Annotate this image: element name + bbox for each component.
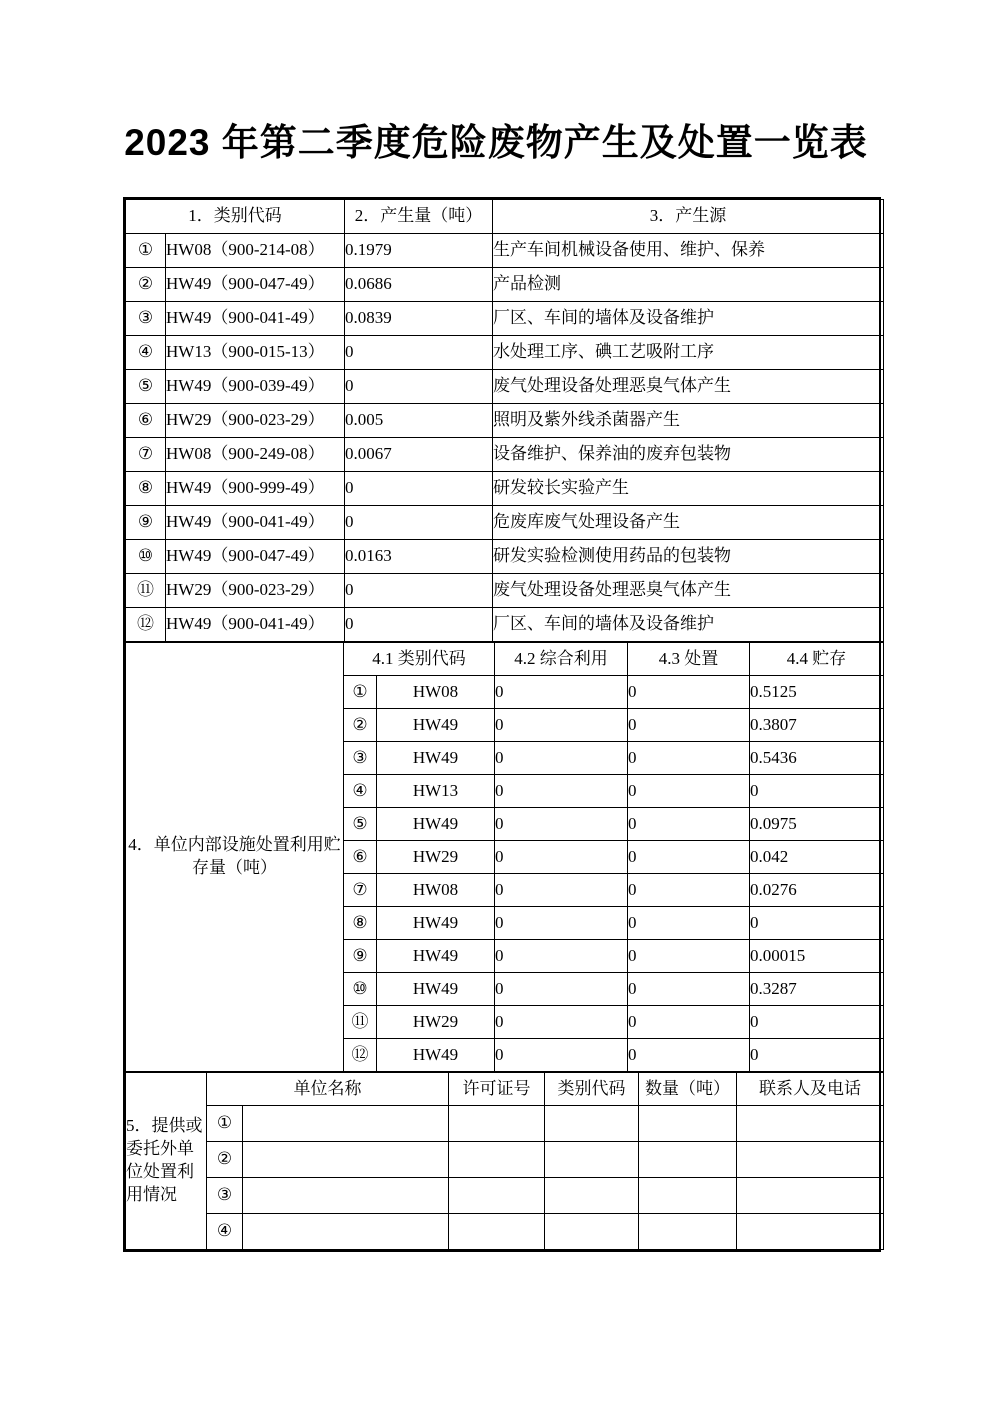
- storage-amount: 0.00015: [750, 940, 884, 973]
- permit-no-cell: [449, 1106, 545, 1142]
- waste-category-code: HW29: [377, 841, 495, 874]
- disposal-amount: 0: [628, 676, 750, 709]
- row-number: ⑦: [126, 438, 166, 472]
- row-number: ①: [207, 1106, 243, 1142]
- table-row: ③HW49（900-041-49）0.0839厂区、车间的墙体及设备维护: [126, 302, 884, 336]
- waste-category-code: HW49: [377, 709, 495, 742]
- row-number: ⑨: [126, 506, 166, 540]
- generated-amount: 0: [345, 608, 493, 642]
- row-number: ⑪: [344, 1006, 377, 1039]
- internal-header-row: 4．单位内部设施处置利用贮存量（吨） 4.1 类别代码 4.2 综合利用 4.3…: [126, 643, 884, 676]
- waste-category-code: HW49（900-047-49）: [166, 268, 345, 302]
- utilization-amount: 0: [495, 874, 628, 907]
- generated-amount: 0.1979: [345, 234, 493, 268]
- generated-amount: 0: [345, 370, 493, 404]
- unit-name-cell: [243, 1142, 449, 1178]
- contact-cell: [737, 1142, 884, 1178]
- page-title: 2023 年第二季度危险废物产生及处置一览表: [0, 112, 992, 166]
- generation-source: 生产车间机械设备使用、维护、保养: [493, 234, 884, 268]
- permit-no-cell: [449, 1178, 545, 1214]
- contact-cell: [737, 1214, 884, 1250]
- waste-category-code: HW49（900-041-49）: [166, 506, 345, 540]
- category-code-cell: [545, 1106, 639, 1142]
- table-row: ⑧HW49（900-999-49）0研发较长实验产生: [126, 472, 884, 506]
- storage-amount: 0.0975: [750, 808, 884, 841]
- storage-amount: 0.042: [750, 841, 884, 874]
- storage-amount: 0: [750, 907, 884, 940]
- waste-category-code: HW29（900-023-29）: [166, 574, 345, 608]
- permit-no-cell: [449, 1142, 545, 1178]
- utilization-amount: 0: [495, 841, 628, 874]
- generation-source: 水处理工序、碘工艺吸附工序: [493, 336, 884, 370]
- generated-amount: 0: [345, 574, 493, 608]
- row-number: ⑩: [126, 540, 166, 574]
- waste-category-code: HW49（900-039-49）: [166, 370, 345, 404]
- generation-table: 1．类别代码 2．产生量（吨） 3．产生源 ①HW08（900-214-08）0…: [125, 199, 884, 642]
- storage-amount: 0.0276: [750, 874, 884, 907]
- row-number: ⑩: [344, 973, 377, 1006]
- disposal-amount: 0: [628, 973, 750, 1006]
- utilization-amount: 0: [495, 808, 628, 841]
- generated-amount: 0: [345, 336, 493, 370]
- header-amount: 2．产生量（吨）: [345, 200, 493, 234]
- table-row: ③: [126, 1178, 884, 1214]
- contact-cell: [737, 1178, 884, 1214]
- quantity-cell: [639, 1214, 737, 1250]
- utilization-amount: 0: [495, 709, 628, 742]
- table-row: ②: [126, 1142, 884, 1178]
- header-permit-no: 许可证号: [449, 1073, 545, 1106]
- storage-amount: 0.3807: [750, 709, 884, 742]
- row-number: ⑥: [344, 841, 377, 874]
- unit-name-cell: [243, 1214, 449, 1250]
- waste-category-code: HW29（900-023-29）: [166, 404, 345, 438]
- generation-source: 研发实验检测使用药品的包装物: [493, 540, 884, 574]
- header-category-code: 1．类别代码: [126, 200, 345, 234]
- waste-category-code: HW08（900-249-08）: [166, 438, 345, 472]
- row-number: ⑤: [126, 370, 166, 404]
- waste-category-code: HW29: [377, 1006, 495, 1039]
- generation-source: 废气处理设备处理恶臭气体产生: [493, 370, 884, 404]
- disposal-amount: 0: [628, 1006, 750, 1039]
- waste-category-code: HW49: [377, 808, 495, 841]
- waste-category-code: HW49（900-047-49）: [166, 540, 345, 574]
- table-row: ④: [126, 1214, 884, 1250]
- utilization-amount: 0: [495, 1006, 628, 1039]
- disposal-amount: 0: [628, 907, 750, 940]
- header-43-disposal: 4.3 处置: [628, 643, 750, 676]
- generated-amount: 0.0686: [345, 268, 493, 302]
- unit-name-cell: [243, 1178, 449, 1214]
- waste-category-code: HW49: [377, 742, 495, 775]
- header-category-code-5: 类别代码: [545, 1073, 639, 1106]
- waste-category-code: HW49（900-041-49）: [166, 302, 345, 336]
- external-header-row: 5．提供或委托外单位处置利用情况 单位名称 许可证号 类别代码 数量（吨） 联系…: [126, 1073, 884, 1106]
- row-number: ⑧: [344, 907, 377, 940]
- table-row: ⑫HW49（900-041-49）0厂区、车间的墙体及设备维护: [126, 608, 884, 642]
- waste-category-code: HW08: [377, 676, 495, 709]
- waste-category-code: HW49: [377, 940, 495, 973]
- table-row: ⑨HW49（900-041-49）0危废库废气处理设备产生: [126, 506, 884, 540]
- waste-category-code: HW49（900-999-49）: [166, 472, 345, 506]
- generation-source: 厂区、车间的墙体及设备维护: [493, 302, 884, 336]
- utilization-amount: 0: [495, 973, 628, 1006]
- header-41-category-code: 4.1 类别代码: [344, 643, 495, 676]
- row-number: ①: [126, 234, 166, 268]
- row-number: ④: [126, 336, 166, 370]
- waste-category-code: HW49: [377, 1039, 495, 1072]
- quantity-cell: [639, 1106, 737, 1142]
- generated-amount: 0.0163: [345, 540, 493, 574]
- storage-amount: 0: [750, 1039, 884, 1072]
- header-42-utilization: 4.2 综合利用: [495, 643, 628, 676]
- generation-source: 设备维护、保养油的废弃包装物: [493, 438, 884, 472]
- storage-amount: 0: [750, 775, 884, 808]
- internal-section-label: 4．单位内部设施处置利用贮存量（吨）: [126, 643, 344, 1072]
- row-number: ⑪: [126, 574, 166, 608]
- row-number: ②: [344, 709, 377, 742]
- waste-category-code: HW13（900-015-13）: [166, 336, 345, 370]
- category-code-cell: [545, 1142, 639, 1178]
- document-page: 2023 年第二季度危险废物产生及处置一览表 1．类别代码 2．产生量（吨） 3…: [0, 0, 992, 1403]
- header-quantity: 数量（吨）: [639, 1073, 737, 1106]
- header-44-storage: 4.4 贮存: [750, 643, 884, 676]
- table-row: ⑩HW49（900-047-49）0.0163研发实验检测使用药品的包装物: [126, 540, 884, 574]
- utilization-amount: 0: [495, 1039, 628, 1072]
- generation-source: 废气处理设备处理恶臭气体产生: [493, 574, 884, 608]
- waste-category-code: HW08（900-214-08）: [166, 234, 345, 268]
- table-row: ⑦HW08（900-249-08）0.0067设备维护、保养油的废弃包装物: [126, 438, 884, 472]
- generation-source: 照明及紫外线杀菌器产生: [493, 404, 884, 438]
- generated-amount: 0.0839: [345, 302, 493, 336]
- disposal-amount: 0: [628, 709, 750, 742]
- generation-source: 研发较长实验产生: [493, 472, 884, 506]
- hazardous-waste-table: 1．类别代码 2．产生量（吨） 3．产生源 ①HW08（900-214-08）0…: [123, 197, 881, 1252]
- category-code-cell: [545, 1214, 639, 1250]
- external-section-label: 5．提供或委托外单位处置利用情况: [126, 1073, 207, 1250]
- waste-category-code: HW49（900-041-49）: [166, 608, 345, 642]
- row-number: ③: [207, 1178, 243, 1214]
- disposal-amount: 0: [628, 775, 750, 808]
- row-number: ⑧: [126, 472, 166, 506]
- row-number: ⑨: [344, 940, 377, 973]
- generation-source: 产品检测: [493, 268, 884, 302]
- table-row: ⑤HW49（900-039-49）0废气处理设备处理恶臭气体产生: [126, 370, 884, 404]
- disposal-amount: 0: [628, 874, 750, 907]
- quantity-cell: [639, 1178, 737, 1214]
- disposal-amount: 0: [628, 940, 750, 973]
- waste-category-code: HW49: [377, 907, 495, 940]
- header-contact: 联系人及电话: [737, 1073, 884, 1106]
- table-row: ①: [126, 1106, 884, 1142]
- permit-no-cell: [449, 1214, 545, 1250]
- row-number: ⑫: [344, 1039, 377, 1072]
- storage-amount: 0.5125: [750, 676, 884, 709]
- row-number: ④: [207, 1214, 243, 1250]
- row-number: ②: [207, 1142, 243, 1178]
- row-number: ②: [126, 268, 166, 302]
- row-number: ③: [126, 302, 166, 336]
- disposal-amount: 0: [628, 808, 750, 841]
- waste-category-code: HW13: [377, 775, 495, 808]
- row-number: ④: [344, 775, 377, 808]
- generated-amount: 0.005: [345, 404, 493, 438]
- waste-category-code: HW08: [377, 874, 495, 907]
- generated-amount: 0: [345, 506, 493, 540]
- generated-amount: 0.0067: [345, 438, 493, 472]
- row-number: ⑫: [126, 608, 166, 642]
- storage-amount: 0: [750, 1006, 884, 1039]
- category-code-cell: [545, 1178, 639, 1214]
- generated-amount: 0: [345, 472, 493, 506]
- utilization-amount: 0: [495, 940, 628, 973]
- generation-header-row: 1．类别代码 2．产生量（吨） 3．产生源: [126, 200, 884, 234]
- table-row: ①HW08（900-214-08）0.1979生产车间机械设备使用、维护、保养: [126, 234, 884, 268]
- quantity-cell: [639, 1142, 737, 1178]
- row-number: ⑦: [344, 874, 377, 907]
- storage-amount: 0.3287: [750, 973, 884, 1006]
- external-unit-table: 5．提供或委托外单位处置利用情况 单位名称 许可证号 类别代码 数量（吨） 联系…: [125, 1072, 884, 1250]
- storage-amount: 0.5436: [750, 742, 884, 775]
- utilization-amount: 0: [495, 907, 628, 940]
- disposal-amount: 0: [628, 841, 750, 874]
- table-row: ④HW13（900-015-13）0水处理工序、碘工艺吸附工序: [126, 336, 884, 370]
- utilization-amount: 0: [495, 742, 628, 775]
- generation-source: 危废库废气处理设备产生: [493, 506, 884, 540]
- row-number: ⑥: [126, 404, 166, 438]
- unit-name-cell: [243, 1106, 449, 1142]
- table-row: ②HW49（900-047-49）0.0686产品检测: [126, 268, 884, 302]
- table-row: ⑥HW29（900-023-29）0.005照明及紫外线杀菌器产生: [126, 404, 884, 438]
- header-unit-name: 单位名称: [207, 1073, 449, 1106]
- table-row: ⑪HW29（900-023-29）0废气处理设备处理恶臭气体产生: [126, 574, 884, 608]
- disposal-amount: 0: [628, 1039, 750, 1072]
- row-number: ①: [344, 676, 377, 709]
- header-source: 3．产生源: [493, 200, 884, 234]
- internal-facility-table: 4．单位内部设施处置利用贮存量（吨） 4.1 类别代码 4.2 综合利用 4.3…: [125, 642, 884, 1072]
- row-number: ⑤: [344, 808, 377, 841]
- waste-category-code: HW49: [377, 973, 495, 1006]
- utilization-amount: 0: [495, 775, 628, 808]
- generation-source: 厂区、车间的墙体及设备维护: [493, 608, 884, 642]
- contact-cell: [737, 1106, 884, 1142]
- disposal-amount: 0: [628, 742, 750, 775]
- utilization-amount: 0: [495, 676, 628, 709]
- row-number: ③: [344, 742, 377, 775]
